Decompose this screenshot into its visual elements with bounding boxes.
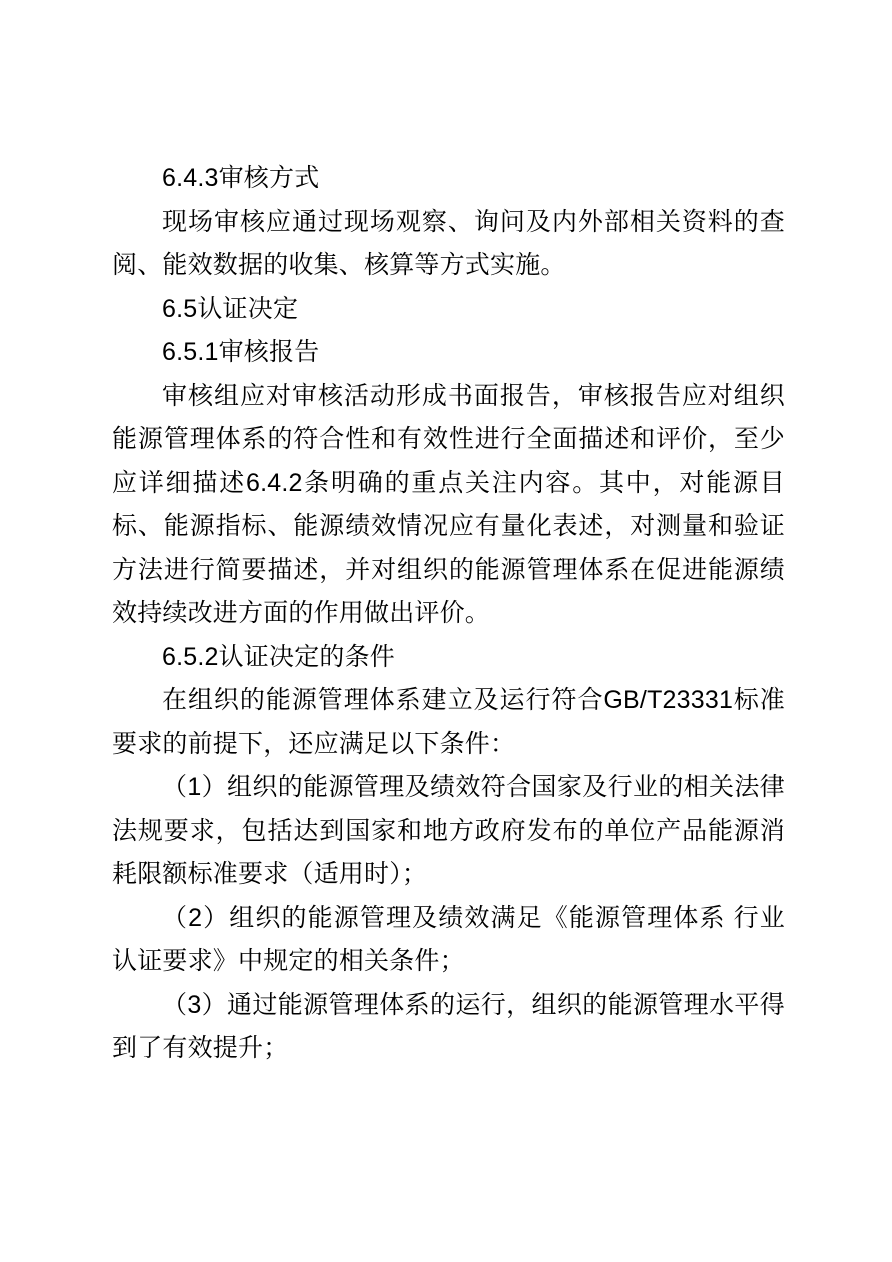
paragraph-audit-report-content: 审核组应对审核活动形成书面报告，审核报告应对组织能源管理体系的符合性和有效性进行… [112,375,785,636]
heading-6-5-1-audit-report: 6.5.1审核报告 [112,331,785,375]
heading-6-4-3-audit-method: 6.4.3审核方式 [112,157,785,201]
heading-6-5-certification-decision: 6.5认证决定 [112,288,785,332]
paragraph-precondition: 在组织的能源管理体系建立及运行符合GB/T23331标准要求的前提下，还应满足以… [112,679,785,766]
list-item-condition-2: （2）组织的能源管理及绩效满足《能源管理体系 行业认证要求》中规定的相关条件； [112,897,785,984]
list-item-condition-3: （3）通过能源管理体系的运行，组织的能源管理水平得到了有效提升； [112,984,785,1071]
document-page: 6.4.3审核方式 现场审核应通过现场观察、询问及内外部相关资料的查阅、能效数据… [0,0,892,1262]
heading-6-5-2-decision-conditions: 6.5.2认证决定的条件 [112,636,785,680]
list-item-condition-1: （1）组织的能源管理及绩效符合国家及行业的相关法律法规要求，包括达到国家和地方政… [112,766,785,897]
paragraph-onsite-audit: 现场审核应通过现场观察、询问及内外部相关资料的查阅、能效数据的收集、核算等方式实… [112,201,785,288]
